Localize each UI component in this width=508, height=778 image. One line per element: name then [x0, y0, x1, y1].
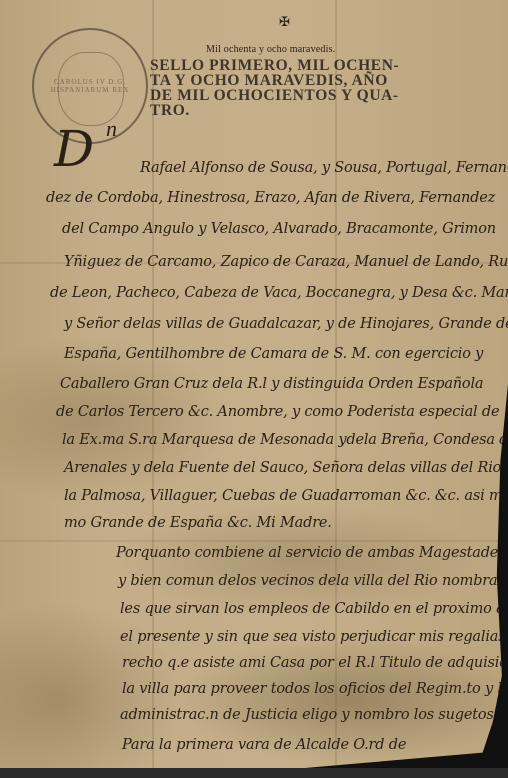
text-line: España, Gentilhombre de Camara de S. M. …	[64, 346, 483, 362]
text-line: la Ex.ma S.ra Marquesa de Mesonada ydela…	[62, 432, 508, 448]
text-line: Caballero Gran Cruz dela R.l y distingui…	[60, 376, 483, 392]
text-line: dez de Cordoba, Hinestrosa, Erazo, Afan …	[46, 190, 495, 206]
text-line: el presente y sin que sea visto perjudic…	[120, 629, 508, 645]
text-line: Rafael Alfonso de Sousa, y Sousa, Portug…	[140, 160, 508, 176]
seal-legend: CAROLUS IV D.G. HISPANIARUM REX	[40, 78, 140, 94]
seal-header-line: ta y ocho maravedis, año	[150, 73, 440, 88]
text-line: la Palmosa, Villaguer, Cuebas de Guadarr…	[64, 488, 508, 504]
seal-header-line: de mil ochocientos y qua-	[150, 88, 440, 103]
text-line: la villa para proveer todos los oficios …	[122, 681, 508, 697]
decorative-initial: D	[54, 120, 94, 178]
text-line: recho q.e asiste ami Casa por el R.l Tit…	[122, 655, 508, 671]
text-line: Porquanto combiene al servicio de ambas …	[116, 545, 508, 561]
manuscript-page: ✠ Mil ochenta y ocho maravedis. CAROLUS …	[0, 0, 508, 768]
text-line: les que sirvan los empleos de Cabildo en…	[120, 601, 508, 617]
text-line: y bien comun delos vecinos dela villa de…	[118, 573, 508, 589]
stamp-value-line: Mil ochenta y ocho maravedis.	[206, 44, 335, 55]
text-line: y Señor delas villas de Guadalcazar, y d…	[64, 316, 508, 332]
seal-header-line: Sello primero, mil ochen-	[150, 58, 440, 73]
stamped-seal-header: Sello primero, mil ochen- ta y ocho mara…	[150, 58, 440, 118]
text-line: del Campo Angulo y Velasco, Alvarado, Br…	[62, 221, 496, 237]
viewer-bottom-bar	[0, 768, 508, 778]
text-line: Para la primera vara de Alcalde O.rd de	[122, 737, 406, 753]
text-line: de Carlos Tercero &c. Anombre, y como Po…	[56, 404, 499, 420]
initial-superscript: n	[106, 116, 117, 142]
seal-header-line: tro.	[150, 103, 440, 118]
text-line: mo Grande de España &c. Mi Madre.	[64, 515, 332, 531]
text-line: Arenales y dela Fuente del Sauco, Señora…	[64, 460, 501, 476]
text-line: de Leon, Pacheco, Cabeza de Vaca, Boccan…	[50, 285, 508, 301]
text-line: administrac.n de Justicia eligo y nombro…	[120, 707, 508, 723]
fold-line	[0, 540, 508, 542]
cross-symbol: ✠	[279, 14, 290, 30]
text-line: Yñiguez de Carcamo, Zapico de Caraza, Ma…	[64, 254, 508, 270]
